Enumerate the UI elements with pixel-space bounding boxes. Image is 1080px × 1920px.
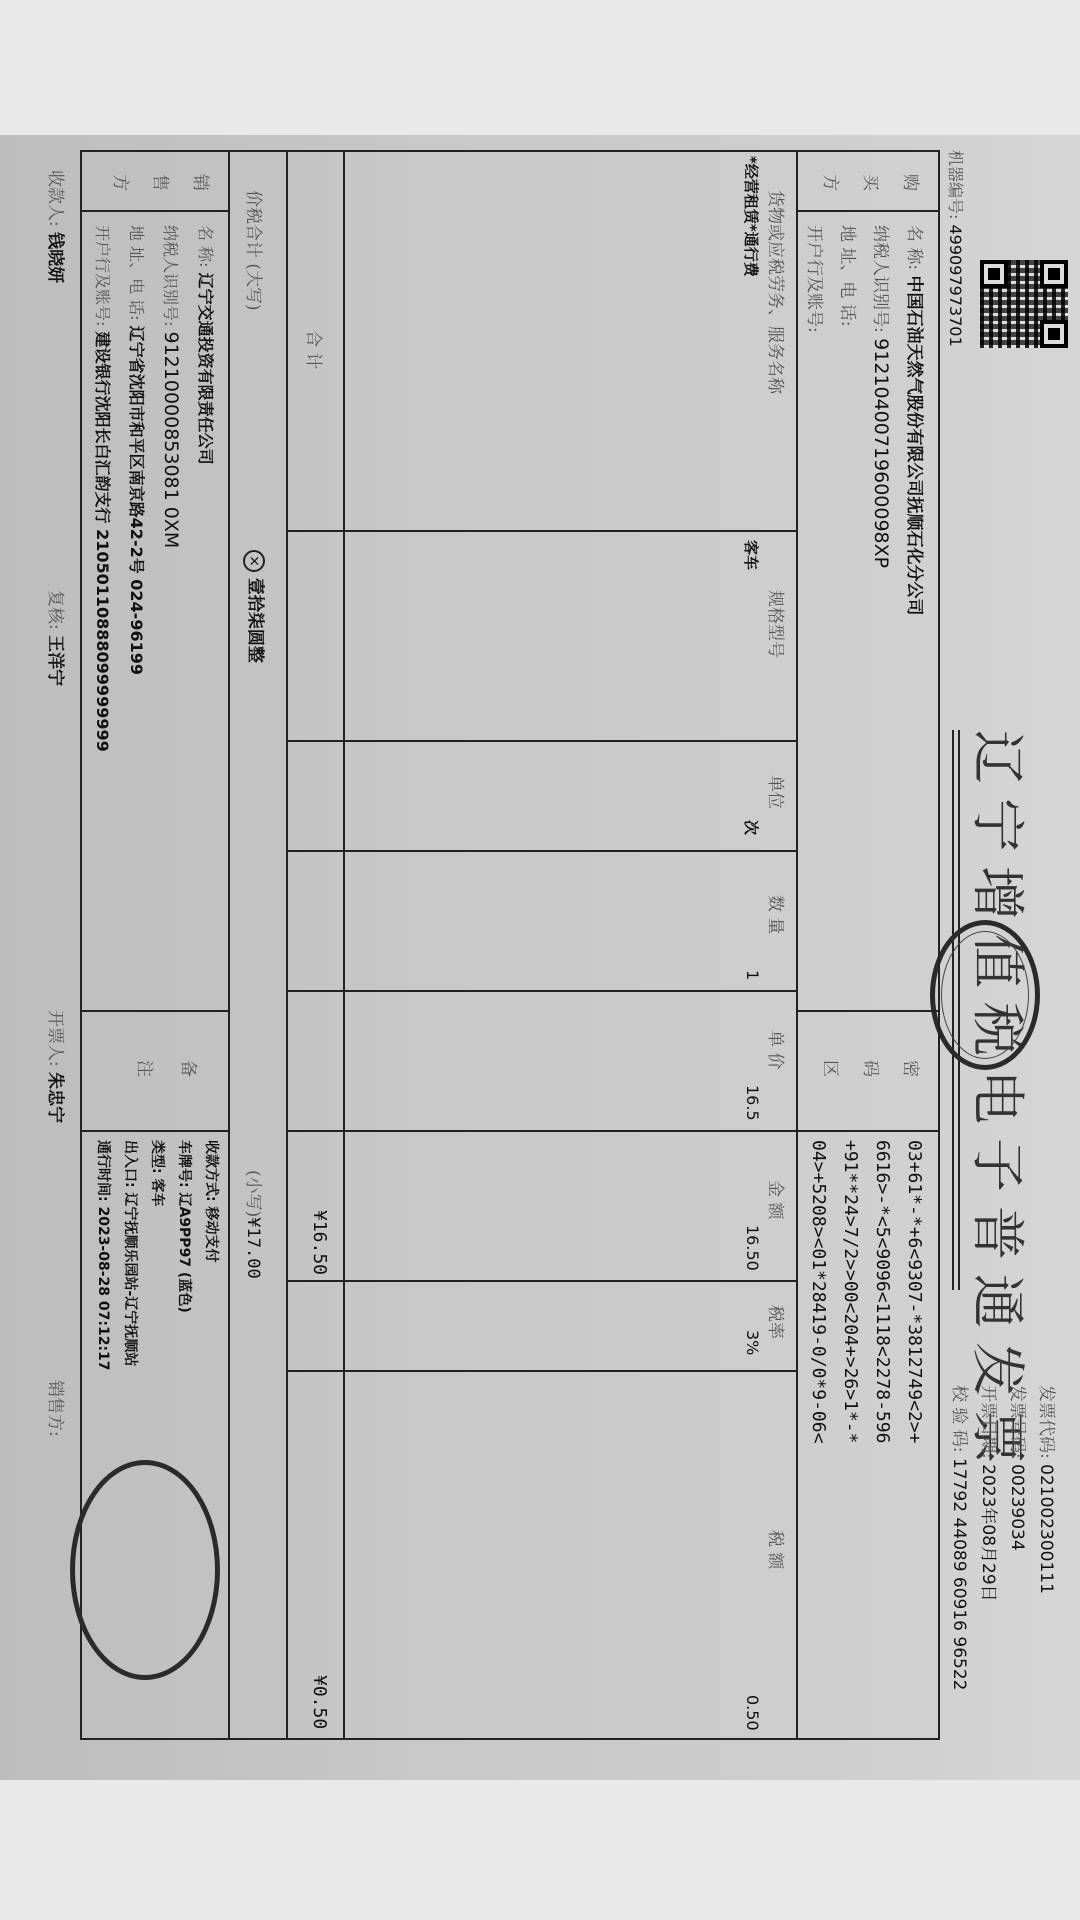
col-header-qty: 数 量: [765, 895, 790, 934]
invoice-meta: 发票代码: 021002300111 发票号码: 00239034 开票日期: …: [944, 1385, 1060, 1690]
invoice-title: 辽宁增值税电子普通发票: [963, 730, 1040, 1478]
col-header-rate: 税率: [765, 1305, 790, 1339]
supervision-stamp: [930, 920, 1040, 1070]
buyer-section-label: 购买方: [810, 174, 930, 194]
total-label: 合 计: [303, 330, 328, 369]
total-amount: ¥16.50: [309, 1210, 330, 1275]
grand-total-label: 价税合计 (大写): [243, 190, 268, 311]
cipher-section-label: 密码区: [810, 1060, 930, 1080]
col-header-price: 单 价: [765, 1030, 790, 1069]
payee: 收款人: 钱晓妍: [45, 170, 70, 283]
seller-invoice-stamp: [70, 1460, 220, 1680]
remarks-text: 收款方式: 移动支付 车牌号: 辽A9PP97 (蓝色) 类型: 客车 出入口:…: [89, 1140, 224, 1371]
grand-total-lowercase: (小写)¥17.00: [243, 1170, 268, 1279]
buyer-info: 名 称: 中国石油天然气股份有限公司抚顺石化分公司 纳税人识别号: 912104…: [797, 225, 930, 616]
cross-circle-icon: ×: [243, 550, 265, 572]
drawer: 开票人: 朱忠宁: [45, 1010, 70, 1123]
machine-number: 机器编号: 499097973701: [945, 150, 968, 347]
col-header-name: 货物或应税劳务、服务名称: [765, 190, 790, 394]
remarks-label: 备注: [122, 1060, 210, 1080]
col-header-tax: 税 额: [765, 1530, 790, 1569]
col-header-unit: 单位: [765, 775, 790, 809]
seller-section-label: 销售方: [100, 174, 220, 194]
col-header-spec: 规格型号: [765, 590, 790, 658]
seller-signature: 销售方:: [45, 1380, 70, 1437]
cipher-text: 03+61*-*+6<9307-*3812749<2>+ 6616>-*<5<9…: [802, 1140, 930, 1443]
total-tax: ¥0.50: [309, 1675, 330, 1729]
qr-code: [980, 260, 1068, 348]
col-header-amount: 金 额: [765, 1180, 790, 1219]
grand-total-uppercase: × 壹拾柒圆整: [243, 550, 270, 663]
seller-info: 名 称: 辽宁交通投资有限责任公司 纳税人识别号: 91210000853081…: [85, 225, 222, 752]
invoice: 机器编号: 499097973701 辽宁增值税电子普通发票 发票代码: 021…: [40, 130, 1080, 1790]
reviewer: 复核: 王洋宁: [45, 590, 70, 686]
